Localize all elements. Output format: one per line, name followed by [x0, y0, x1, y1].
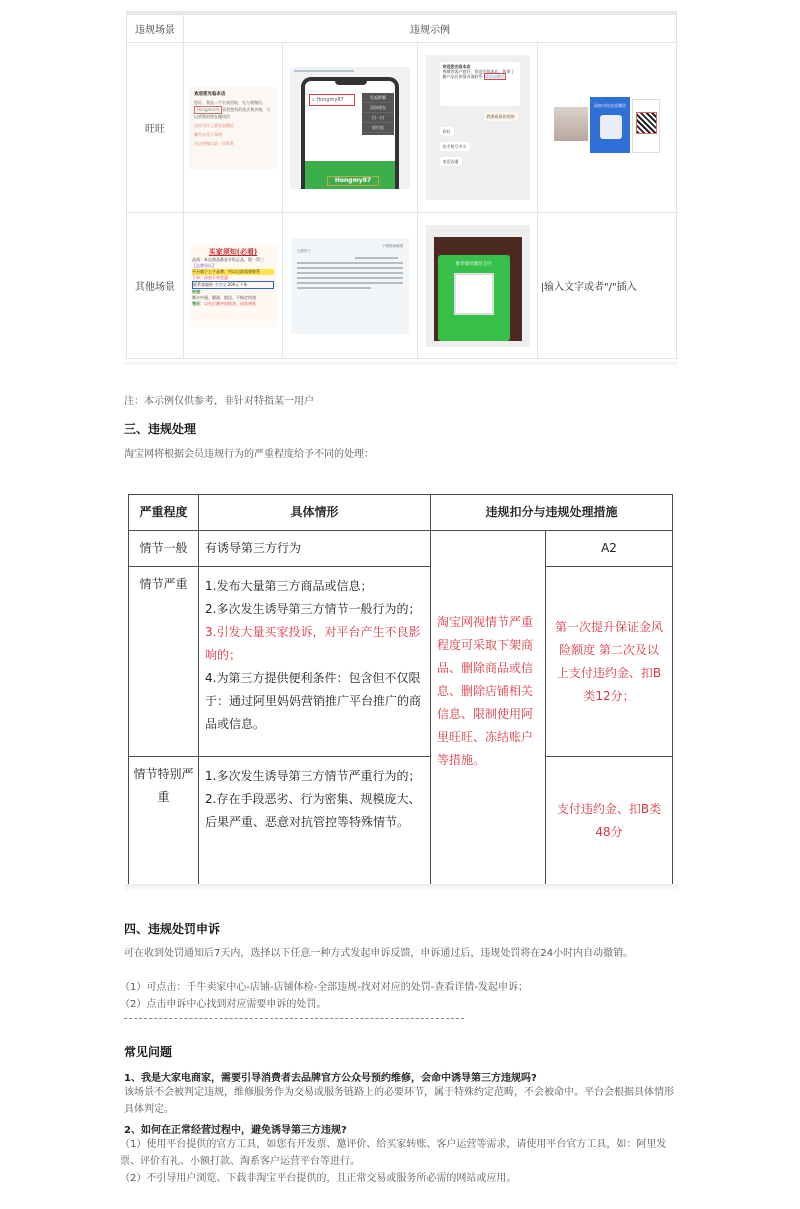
menu-item: 扫一扫 — [362, 113, 394, 123]
menu-item: 添加朋友 — [362, 103, 394, 113]
notice-line: 品质：本店商品都是专柜正品，假一罚三 — [192, 257, 274, 263]
qr-caption: 添加为你企业微信 — [590, 97, 630, 109]
phone-search-screenshot[interactable]: ⌕ Hongmy87 发起群聊 添加朋友 扫一扫 收付款 Hongmy87 — [290, 67, 410, 189]
penalty-row-general: 情节一般 有诱导第三方行为 淘宝网视情节严重程度可采取下架商品、删除商品或信息、… — [129, 531, 673, 567]
header-measures: 违规扣分与违规处理措施 — [431, 495, 673, 531]
appeal-option-2: （2）点击申诉中心找到对应需要申诉的处罚。 — [120, 996, 326, 1013]
qr-card-white — [632, 99, 660, 153]
doc-prompt: 百度知了 — [297, 249, 403, 254]
measures-text: 淘宝网视情节严重程度可采取下架商品、删除商品或信息、删除店铺相关信息、限制使用阿… — [431, 531, 546, 885]
faq-answer-2-2: （2）不引导用户浏览、下载非淘宝平台提供的，且正常交易或服务所必需的网站或应用。 — [120, 1170, 516, 1187]
sign-caption: 推荐使用微信支付 — [438, 255, 510, 267]
banner-id: Hongmy87 — [327, 176, 379, 186]
situation-text: 有诱导第三方行为 — [199, 531, 431, 567]
qr-code-icon — [636, 112, 657, 134]
qr-code-icon — [600, 115, 622, 139]
buyer-notice-screenshot[interactable]: 买家须知(必看) 品质：本店商品都是专柜正品，假一罚三 【品牌保证】 平台旗下上… — [189, 245, 277, 327]
situation-item: 2.多次发生诱导第三方情节一般行为的； — [205, 598, 424, 621]
faq-title: 常见问题 — [124, 1043, 172, 1060]
caption-bar — [294, 70, 354, 72]
notice-line: 联系客服转 支付宝 200元下单 — [192, 281, 274, 289]
phone-popup-menu: 发起群聊 添加朋友 扫一扫 收付款 — [362, 93, 394, 135]
phone-green-banner: Hongmy87 — [305, 161, 395, 189]
chat-bubble: 欢迎您光临本店 尊敬的客户您好，欢迎光临本店，如果了解产品具体情况请联系 请添加… — [440, 62, 520, 106]
note-red-line: 哪些东西不靠谱 — [194, 132, 272, 138]
severity-level: 情节严重 — [129, 567, 199, 757]
penalty-row-serious: 情节严重 1.发布大量第三方商品或信息； 2.多次发生诱导第三方情节一般行为的；… — [129, 567, 673, 757]
notice-line: 售后：以先后顺序退换货，退款到账 — [192, 301, 274, 307]
example-cell: 添加为你企业微信 — [538, 43, 677, 213]
section3-intro: 淘宝网将根据会员违规行为的严重程度给予不同的处理： — [124, 446, 374, 463]
chat-bubble: 电话沟通 — [440, 157, 462, 166]
violation-examples-table: 违规场景 违规示例 旺旺 欢迎您光临本店 您好，我是二手名表回收，先与我微信，H… — [126, 14, 677, 359]
notice-title: 买家须知(必看) — [192, 248, 274, 257]
severity-level: 情节特别严重 — [129, 757, 199, 885]
points-text: 支付违约金、扣B类48分 — [546, 757, 673, 885]
situation-list: 1.发布大量第三方商品或信息； 2.多次发生诱导第三方情节一般行为的； 3.引发… — [199, 567, 431, 757]
photo-frame: 推荐使用微信支付 — [434, 237, 522, 341]
chat-bubble: 你好 — [440, 127, 454, 136]
violation-examples-table-wrapper: 违规场景 违规示例 旺旺 欢迎您光临本店 您好，我是二手名表回收，先与我微信，H… — [126, 11, 677, 359]
section4-title: 四、违规处罚申诉 — [124, 920, 220, 937]
empty-cell-input[interactable]: 输入文字或者"/"插入 — [538, 213, 677, 359]
section3-title: 三、违规处理 — [124, 420, 196, 437]
wangwang-note-screenshot[interactable]: 欢迎您光临本店 您好，我是二手名表回收，先与我微信，Hongmmm看我想找的款式… — [189, 87, 277, 169]
phone-search-box: ⌕ Hongmy87 — [309, 94, 355, 106]
example-cell: ⌕ Hongmy87 发起群聊 添加朋友 扫一扫 收付款 Hongmy87 — [283, 43, 418, 213]
note-red-line: 请问为什么要先加微信 — [194, 123, 272, 129]
qr-code-screenshot[interactable]: 添加为你企业微信 — [554, 97, 660, 159]
example-disclaimer: 注：本示例仅供参考，非针对特指某一用户 — [124, 393, 314, 410]
faq-question-1: 1、我是大家电商家，需要引导消费者去品牌官方公众号预约维修，会命中诱导第三方违规… — [124, 1069, 537, 1084]
situation-item: 1.发布大量第三方商品或信息； — [205, 575, 424, 598]
menu-item: 发起群聊 — [362, 93, 394, 103]
wechat-pay-photo[interactable]: 推荐使用微信支付 — [426, 225, 530, 347]
header-examples: 违规示例 — [184, 15, 677, 43]
points-text: A2 — [546, 531, 673, 567]
chat-screenshot[interactable]: 欢迎您光临本店 尊敬的客户您好，欢迎光临本店，如果了解产品具体情况请联系 请添加… — [426, 55, 530, 200]
situation-item: 4.为第三方提供便利条件：包含但不仅限于：通过阿里妈妈营销推广平台推广的商品或信… — [205, 667, 424, 736]
penalty-table: 严重程度 具体情形 违规扣分与违规处理措施 情节一般 有诱导第三方行为 淘宝网视… — [128, 494, 673, 885]
example-cell: 推荐使用微信支付 — [418, 213, 538, 359]
faq-answer-1: 该场景不会被判定违规，维修服务作为交易或服务链路上的必要环节，属于特殊约定范畴，… — [124, 1084, 679, 1118]
wechat-qr-card: 添加为你企业微信 — [590, 97, 630, 153]
examples-row-other: 其他场景 买家须知(必看) 品质：本店商品都是专柜正品，假一罚三 【品牌保证】 … — [127, 213, 677, 359]
faq-answer-2-1: （1）使用平台提供的官方工具，如您有开发票、邀评价、给买家转账、客户运营等需求，… — [120, 1136, 680, 1170]
note-body: 您好，我是二手名表回收，先与我微信，Hongmmm看我想找的款式和价格，可以到我… — [194, 100, 272, 120]
chat-bubble: 你手机号多少 — [440, 142, 470, 151]
situation-item: 2.存在手段恶劣、行为密集、规模庞大、后果严重、恶意对抗管控等特殊情节。 — [205, 788, 424, 834]
appeal-option-1: （1）可点击：千牛卖家中心-店铺-店铺体检-全部违规-找对对应的处罚-查看详情-… — [120, 979, 528, 996]
header-situation: 具体情形 — [199, 495, 431, 531]
example-cell: 欢迎您光临本店 尊敬的客户您好，欢迎光临本店，如果了解产品具体情况请联系 请添加… — [418, 43, 538, 213]
situation-item: 1.多次发生诱导第三方情节严重行为的； — [205, 765, 424, 788]
divider — [124, 362, 678, 366]
penalty-row-very-serious: 情节特别严重 1.多次发生诱导第三方情节严重行为的； 2.存在手段恶劣、行为密集… — [129, 757, 673, 885]
points-text: 第一次提升保证金风险额度 第二次及以上支付违约金、扣B类12分； — [546, 567, 673, 757]
section4-paragraph: 可在收到处罚通知后7天内，选择以下任意一种方式发起申诉反馈，申诉通过后，违规处罚… — [124, 945, 679, 962]
situation-item-highlight: 3.引发大量买家投诉，对平台产生不良影响的； — [205, 621, 424, 667]
example-cell: 买家须知(必看) 品质：本店商品都是专柜正品，假一罚三 【品牌保证】 平台旗下上… — [184, 213, 283, 359]
severity-level: 情节一般 — [129, 531, 199, 567]
situation-list: 1.多次发生诱导第三方情节严重行为的； 2.存在手段恶劣、行为密集、规模庞大、后… — [199, 757, 431, 885]
divider — [125, 884, 678, 892]
examples-header-row: 违规场景 违规示例 — [127, 15, 677, 43]
scene-label: 其他场景 — [127, 213, 184, 359]
scene-label: 旺旺 — [127, 43, 184, 213]
header-scene: 违规场景 — [127, 15, 184, 43]
header-severity: 严重程度 — [129, 495, 199, 531]
doc-screenshot[interactable]: 下载资源截图 百度知了 — [291, 238, 409, 334]
phone-frame: ⌕ Hongmy87 发起群聊 添加朋友 扫一扫 收付款 Hongmy87 — [301, 77, 399, 189]
penalty-header-row: 严重程度 具体情形 违规扣分与违规处理措施 — [129, 495, 673, 531]
examples-row-wangwang: 旺旺 欢迎您光临本店 您好，我是二手名表回收，先与我微信，Hongmmm看我想找… — [127, 43, 677, 213]
dashed-separator — [124, 1018, 464, 1019]
chat-bubble-mine: 我要看看你发的 — [484, 112, 518, 121]
watch-image — [554, 107, 588, 141]
note-red-line: 这边要微信第一次联系 — [194, 141, 272, 147]
text-caret — [542, 283, 543, 292]
note-title: 欢迎您光临本店 — [194, 92, 272, 98]
example-cell: 下载资源截图 百度知了 — [283, 213, 418, 359]
qr-code-icon — [454, 273, 494, 315]
faq-question-2: 2、如何在正常经营过程中，避免诱导第三方违规? — [124, 1121, 347, 1136]
wechat-pay-sign: 推荐使用微信支付 — [438, 255, 510, 341]
menu-item: 收付款 — [362, 123, 394, 133]
example-cell: 欢迎您光临本店 您好，我是二手名表回收，先与我微信，Hongmmm看我想找的款式… — [184, 43, 283, 213]
phone-notch — [335, 80, 367, 85]
